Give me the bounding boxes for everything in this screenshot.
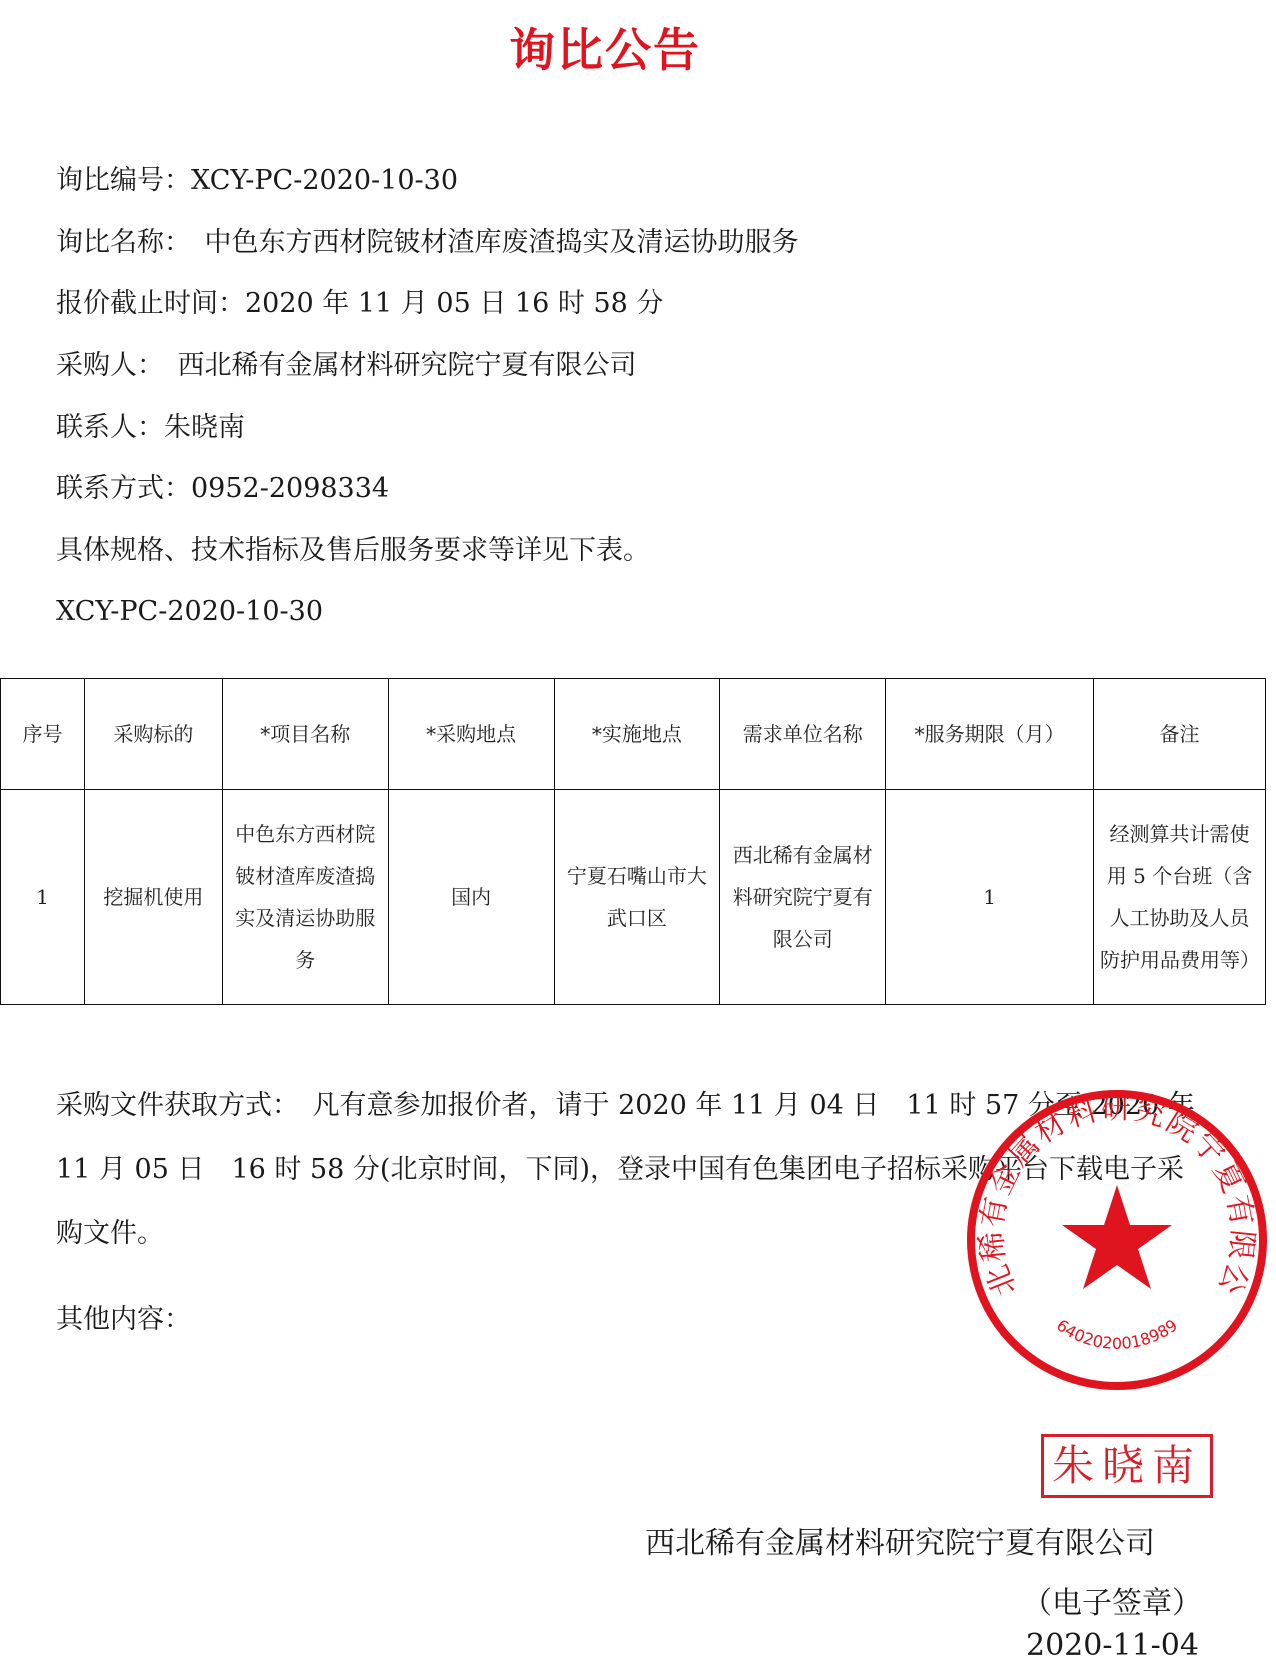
name-stamp: 朱晓南 — [1041, 1434, 1213, 1498]
spec-table: 序号 采购标的 *项目名称 *采购地点 *实施地点 需求单位名称 *服务期限（月… — [0, 678, 1266, 1005]
cell-demand-unit: 西北稀有金属材料研究院宁夏有限公司 — [720, 790, 886, 1005]
table-header-row: 序号 采购标的 *项目名称 *采购地点 *实施地点 需求单位名称 *服务期限（月… — [1, 679, 1266, 790]
contact-person: 联系人：朱晓南 — [56, 410, 245, 446]
seal-number: 6402020018989 — [1053, 1315, 1181, 1352]
cell-service-period: 1 — [886, 790, 1094, 1005]
company-seal-icon: 西北稀有金属材料研究院宁夏有限公司 6402020018989 — [962, 1085, 1272, 1395]
signature-label: （电子签章） — [1022, 1578, 1202, 1622]
header-demand-unit: 需求单位名称 — [720, 679, 886, 790]
cell-remarks: 经测算共计需使用 5 个台班（含人工协助及人员防护用品费用等） — [1094, 790, 1266, 1005]
cell-index: 1 — [1, 790, 85, 1005]
table-row: 1 挖掘机使用 中色东方西材院铍材渣库废渣捣实及清运协助服务 国内 宁夏石嘴山市… — [1, 790, 1266, 1005]
header-service-period: *服务期限（月） — [886, 679, 1094, 790]
inquiry-name: 询比名称： 中色东方西材院铍材渣库废渣捣实及清运协助服务 — [56, 225, 799, 261]
header-execution-location: *实施地点 — [554, 679, 720, 790]
cell-item: 挖掘机使用 — [84, 790, 222, 1005]
spec-note: 具体规格、技术指标及售后服务要求等详见下表。 — [56, 533, 650, 569]
inquiry-code: 询比编号：XCY-PC-2020-10-30 — [56, 163, 458, 199]
signature-date: 2020-11-04 — [1026, 1628, 1199, 1662]
table-code: XCY-PC-2020-10-30 — [56, 594, 323, 630]
cell-project-name: 中色东方西材院铍材渣库废渣捣实及清运协助服务 — [222, 790, 388, 1005]
header-project-name: *项目名称 — [222, 679, 388, 790]
header-index: 序号 — [1, 679, 85, 790]
cell-purchase-location: 国内 — [388, 790, 554, 1005]
header-purchase-location: *采购地点 — [388, 679, 554, 790]
quote-deadline: 报价截止时间：2020 年 11 月 05 日 16 时 58 分 — [56, 286, 663, 322]
page-title: 询比公告 — [0, 14, 1210, 80]
cell-execution-location: 宁夏石嘴山市大武口区 — [554, 790, 720, 1005]
header-remarks: 备注 — [1094, 679, 1266, 790]
svg-text:6402020018989: 6402020018989 — [1053, 1315, 1181, 1352]
signature-org: 西北稀有金属材料研究院宁夏有限公司 — [645, 1518, 1155, 1562]
header-item: 采购标的 — [84, 679, 222, 790]
buyer: 采购人： 西北稀有金属材料研究院宁夏有限公司 — [56, 348, 637, 384]
contact-phone: 联系方式：0952-2098334 — [56, 471, 389, 507]
